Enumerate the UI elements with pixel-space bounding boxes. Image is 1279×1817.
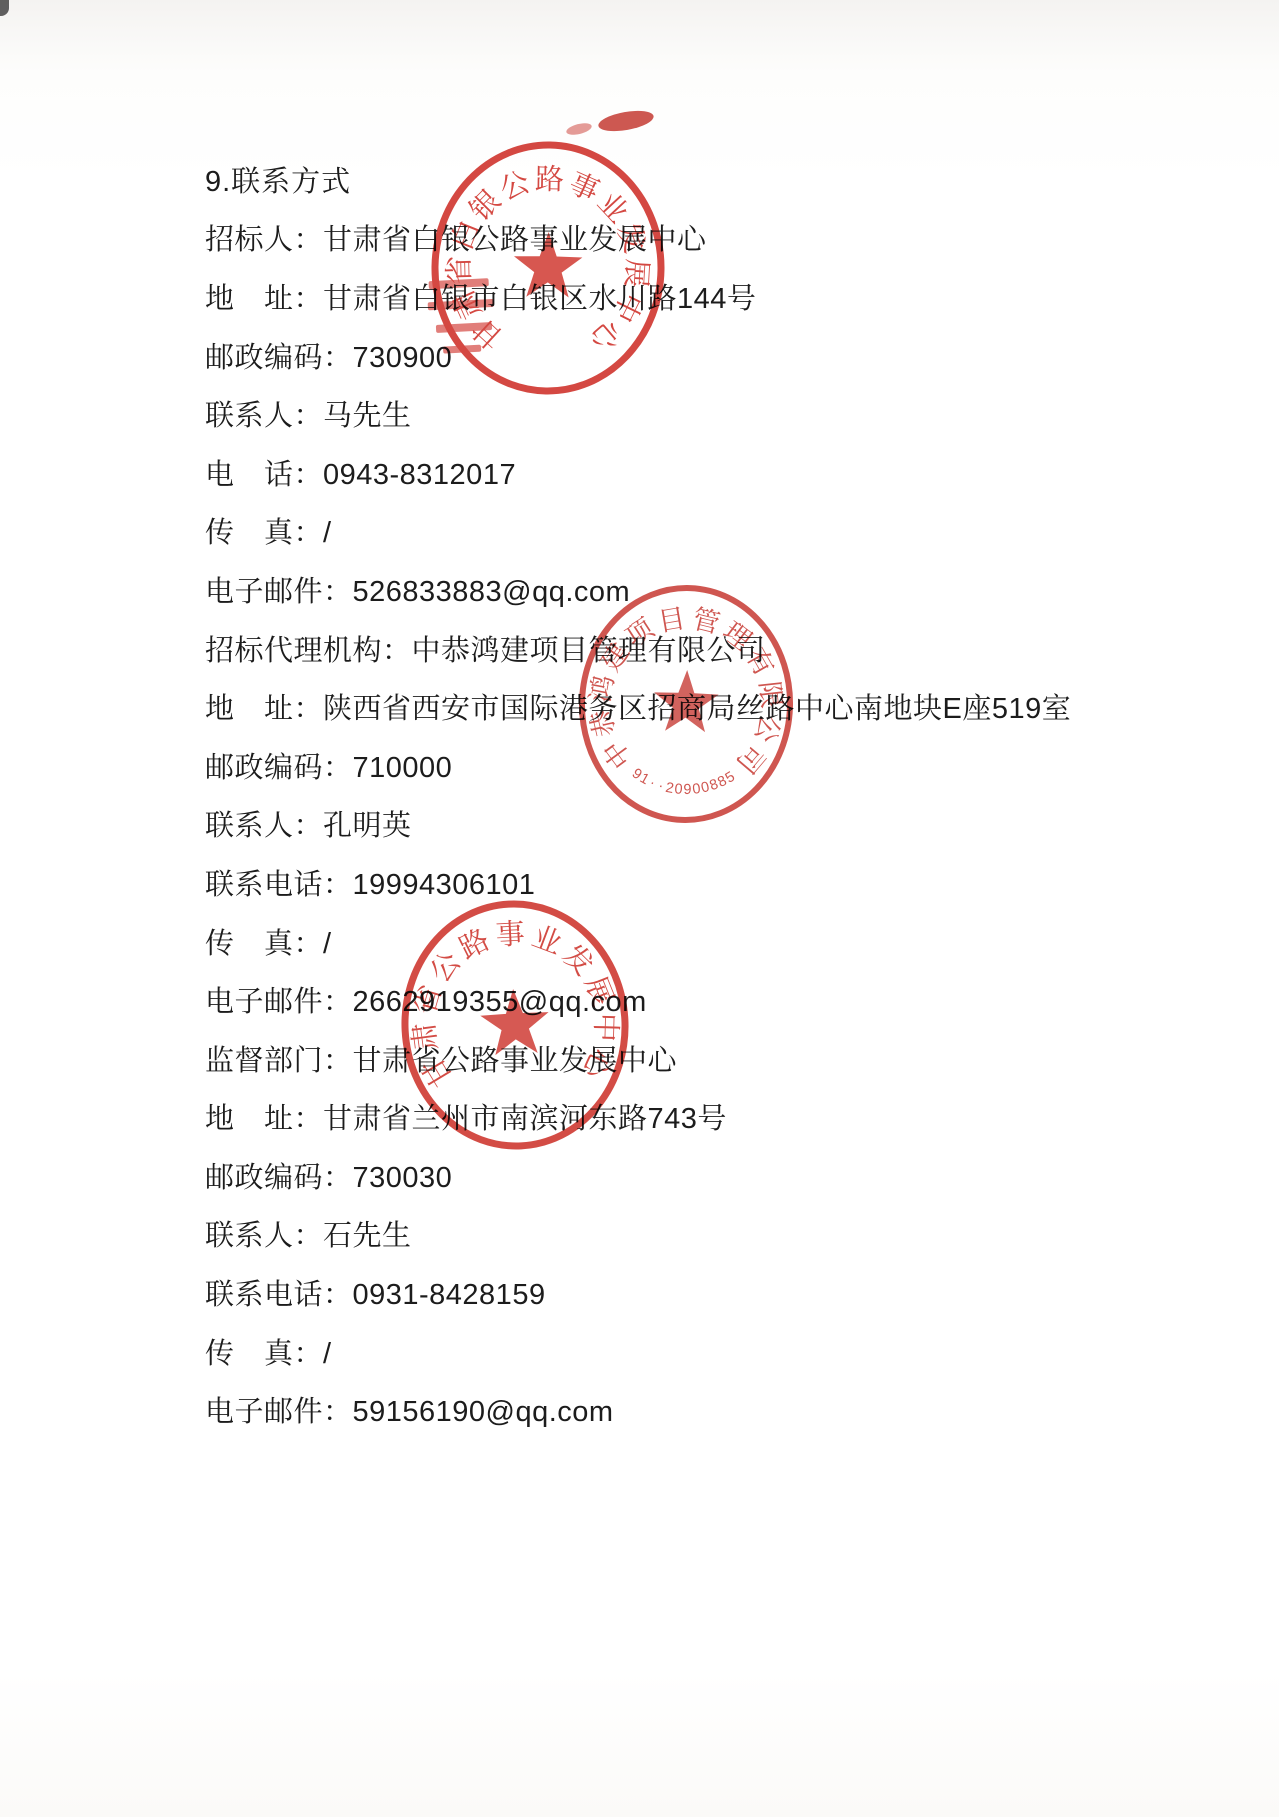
contact-line-email: 电子邮件：526833883@qq.com [205, 560, 1239, 619]
contact-line-fax: 传 真：/ [205, 502, 1239, 561]
contact-line-phone: 电 话：0943-8312017 [205, 443, 1239, 502]
contact-line-supervisor-fax: 传 真：/ [205, 1322, 1239, 1381]
contact-line-agency-email: 电子邮件：2662919355@qq.com [205, 970, 1239, 1029]
contact-line-address: 地 址：甘肃省白银市白银区水川路144号 [205, 267, 1239, 326]
contact-section: 9.联系方式 招标人：甘肃省白银公路事业发展中心 地 址：甘肃省白银市白银区水川… [205, 150, 1239, 1439]
document-page: 9.联系方式 招标人：甘肃省白银公路事业发展中心 地 址：甘肃省白银市白银区水川… [0, 0, 1279, 1817]
contact-line-agency-postcode: 邮政编码：710000 [205, 736, 1239, 795]
contact-line-supervisor: 监督部门：甘肃省公路事业发展中心 [205, 1029, 1239, 1088]
contact-line-supervisor-email: 电子邮件：59156190@qq.com [205, 1380, 1239, 1439]
contact-line-agency-phone: 联系电话：19994306101 [205, 853, 1239, 912]
contact-line-supervisor-postcode: 邮政编码：730030 [205, 1146, 1239, 1205]
contact-line-postcode: 邮政编码：730900 [205, 326, 1239, 385]
contact-line-agency-fax: 传 真：/ [205, 912, 1239, 971]
contact-line-supervisor-phone: 联系电话：0931-8428159 [205, 1263, 1239, 1322]
contact-line-agency: 招标代理机构：中恭鸿建项目管理有限公司 [205, 619, 1239, 678]
ink-smudge [565, 121, 593, 137]
contact-line-agency-address: 地 址：陕西省西安市国际港务区招商局丝路中心南地块E座519室 [205, 677, 1239, 736]
contact-line-tenderer: 招标人：甘肃省白银公路事业发展中心 [205, 209, 1239, 268]
contact-line-supervisor-person: 联系人：石先生 [205, 1205, 1239, 1264]
contact-line-supervisor-address: 地 址：甘肃省兰州市南滨河东路743号 [205, 1088, 1239, 1147]
contact-line-agency-person: 联系人：孔明英 [205, 795, 1239, 854]
ink-smudge [597, 107, 655, 134]
contact-line-person: 联系人：马先生 [205, 384, 1239, 443]
scan-corner-artifact [0, 0, 9, 16]
section-title: 9.联系方式 [205, 150, 1239, 209]
